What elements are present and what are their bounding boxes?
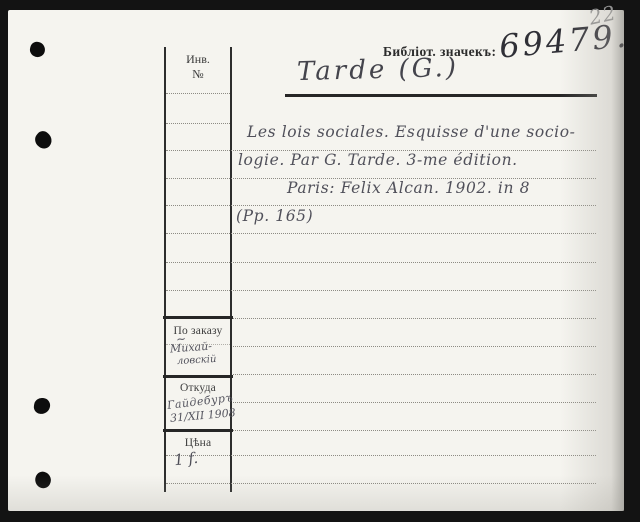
ruled-line — [233, 430, 596, 431]
ruled-line — [166, 290, 596, 291]
citation-line: Les lois sociales. Esquisse d'une socio- — [247, 123, 575, 141]
order-note-line: ловскій — [177, 354, 217, 367]
ruled-line — [166, 483, 596, 484]
scanned-catalog-card: 22 Библіот. значекъ: 69479. Tarde (G.) И… — [0, 0, 640, 522]
ruled-line — [233, 374, 596, 375]
price-label: Цѣна — [165, 437, 231, 449]
citation-line: logie. Par G. Tarde. 3-me édition. — [238, 151, 518, 169]
inventory-number-label: Инв. — [165, 52, 231, 67]
ruled-line — [166, 205, 596, 206]
inventory-number-sign: № — [165, 67, 231, 82]
author-underline — [285, 94, 597, 97]
ruled-line — [233, 402, 596, 403]
author-heading: Tarde (G.) — [297, 53, 460, 87]
citation-line: Paris: Felix Alcan. 1902. in 8 — [287, 179, 530, 197]
ruled-line — [166, 93, 230, 94]
ruled-line — [233, 318, 596, 319]
ruled-line — [166, 262, 596, 263]
ruled-line — [166, 233, 596, 234]
sidebar-column-left-line — [164, 47, 166, 492]
ruled-line — [166, 455, 596, 456]
price-note: 1 f. — [173, 449, 199, 469]
cell-separator — [163, 375, 233, 378]
ruled-line — [166, 123, 230, 124]
cell-separator — [163, 429, 233, 432]
ruled-line — [233, 346, 596, 347]
cell-separator — [163, 316, 233, 319]
sidebar-column-right-line — [230, 47, 232, 492]
citation-line: (Pp. 165) — [236, 207, 313, 225]
